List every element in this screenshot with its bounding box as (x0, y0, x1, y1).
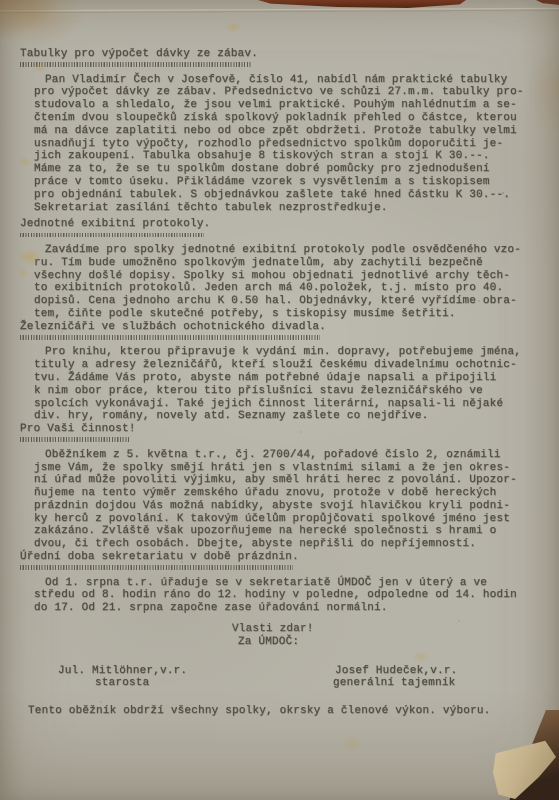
text-line: Zavádíme pro spolky jednotné exibitní pr… (34, 244, 559, 257)
text-line: dopisů. Cena jednoho archu K 0.50 hal. O… (34, 295, 559, 308)
text-line: tvu. Žádáme Vás proto, abyste nám potřeb… (34, 372, 559, 385)
text-line: čtením dvou sloupečků získá spolkový pok… (34, 112, 559, 125)
text-line: studovalo a shledalo, že jsou velmi prak… (34, 99, 559, 112)
section-heading: Pro Vaši činnost! (20, 423, 559, 436)
text-line: do 17. Od 21. srpna započne zase úřadová… (34, 602, 559, 615)
text-line: Sekretariat zasílání těchto tabulek nezp… (34, 202, 559, 215)
text-line: dvou, či třech osobách. Dbejte, abyste n… (34, 538, 559, 551)
heading-underline (20, 436, 130, 449)
scanned-page: Tabulky pro výpočet dávky ze zábav.Pan V… (0, 0, 559, 800)
section-heading: Železničáři ve službách ochotnického div… (20, 321, 559, 334)
text-line: pro objednání tabulek. S objednávkou zaš… (34, 189, 559, 202)
text-line: Máme za to, že se tu spolkům dostane dob… (34, 163, 559, 176)
text-line: Oběžníkem z 5. května t.r., čj. 2700/44,… (34, 449, 559, 462)
text-line: má na dávce zaplatiti nebo od obce zpět … (34, 125, 559, 138)
closing-block: Vlasti zdar! Za ÚMDOČ: (34, 623, 559, 649)
text-line: zakázáno. Zvláště však upozorňujeme na h… (34, 525, 559, 538)
section: Pro Vaši činnost!Oběžníkem z 5. května t… (34, 423, 559, 551)
section-heading: Úřední doba sekretariatu v době prázdnin… (20, 551, 559, 564)
closing-salute: Vlasti zdar! (232, 623, 559, 636)
section: Úřední doba sekretariatu v době prázdnin… (34, 551, 559, 615)
text-line: tituly a adresy železničářů, kteří slouž… (34, 359, 559, 372)
text-line: pro výpočet dávky ze zábav. Předsednictv… (34, 86, 559, 99)
signature-left-name: Jul. Mitlöhner,v.r. (58, 665, 187, 678)
section: Železničáři ve službách ochotnického div… (34, 321, 559, 423)
section: Tabulky pro výpočet dávky ze zábav.Pan V… (34, 48, 559, 214)
closing-organization: Za ÚMDOČ: (238, 636, 559, 649)
signature-right-name: Josef Hudeček,v.r. (335, 665, 457, 678)
text-line: k nim obor práce, kterou tito příslušníc… (34, 385, 559, 398)
text-line: ňujeme na tento výměr zemského úřadu zno… (34, 487, 559, 500)
text-line: ky herců z povolání. K takovým účelům pr… (34, 513, 559, 526)
signature-left-title: starosta (95, 677, 149, 690)
section: Jednotné exibitní protokoly.Zavádíme pro… (34, 218, 559, 320)
section-heading: Jednotné exibitní protokoly. (20, 218, 559, 231)
text-line: prázdnin dojdou Vás možná nabídky, abyst… (34, 500, 559, 513)
heading-underline (20, 564, 293, 577)
signature-block: Jul. Mitlöhner,v.r. starosta Josef Hudeč… (34, 665, 559, 691)
text-line: středu od 8. hodin ráno do 12. hodiny v … (34, 589, 559, 602)
heading-underline (20, 231, 204, 244)
signature-right-title: generální tajemník (333, 677, 455, 690)
text-line: ní úřad může povoliti výjimku, aby směl … (34, 474, 559, 487)
section-heading: Tabulky pro výpočet dávky ze zábav. (20, 48, 559, 61)
text-line: Pan Vladimír Čech v Josefově, číslo 41, … (34, 74, 559, 87)
text-line: tem, čiňte podle skutečné potřeby, s tis… (34, 308, 559, 321)
text-line: usnadňují tyto výpočty, rozhodlo předsed… (34, 138, 559, 151)
text-line: všechny došlé dopisy. Spolky si mohou ob… (34, 270, 559, 283)
text-line: to exibitních protokolů. Jeden arch má 4… (34, 282, 559, 295)
text-line: jsme Vám, že spolky smějí hráti jen s vl… (34, 462, 559, 475)
document-body: Tabulky pro výpočet dávky ze zábav.Pan V… (34, 48, 559, 615)
text-line: Od 1. srpna t.r. úřaduje se v sekretaria… (34, 577, 559, 590)
text-line: spolcích vykonávají. Také jejich činnost… (34, 398, 559, 411)
document-text: Tabulky pro výpočet dávky ze zábav.Pan V… (0, 0, 559, 800)
text-line: jich zakoupení. Tabulka obsahuje 8 tisko… (34, 150, 559, 163)
heading-underline (20, 334, 320, 347)
distribution-note: Tento oběžník obdrží všechny spolky, okr… (28, 705, 559, 718)
text-line: práce v tomto úseku. Přikládáme vzorek s… (34, 176, 559, 189)
text-line: ru. Tím bude umožněno spolkovým jednatel… (34, 257, 559, 270)
text-line: Pro knihu, kterou připravuje k vydání mi… (34, 346, 559, 359)
text-line: div. hry, romány, novely atd. Seznamy za… (34, 410, 559, 423)
heading-underline (20, 61, 252, 74)
